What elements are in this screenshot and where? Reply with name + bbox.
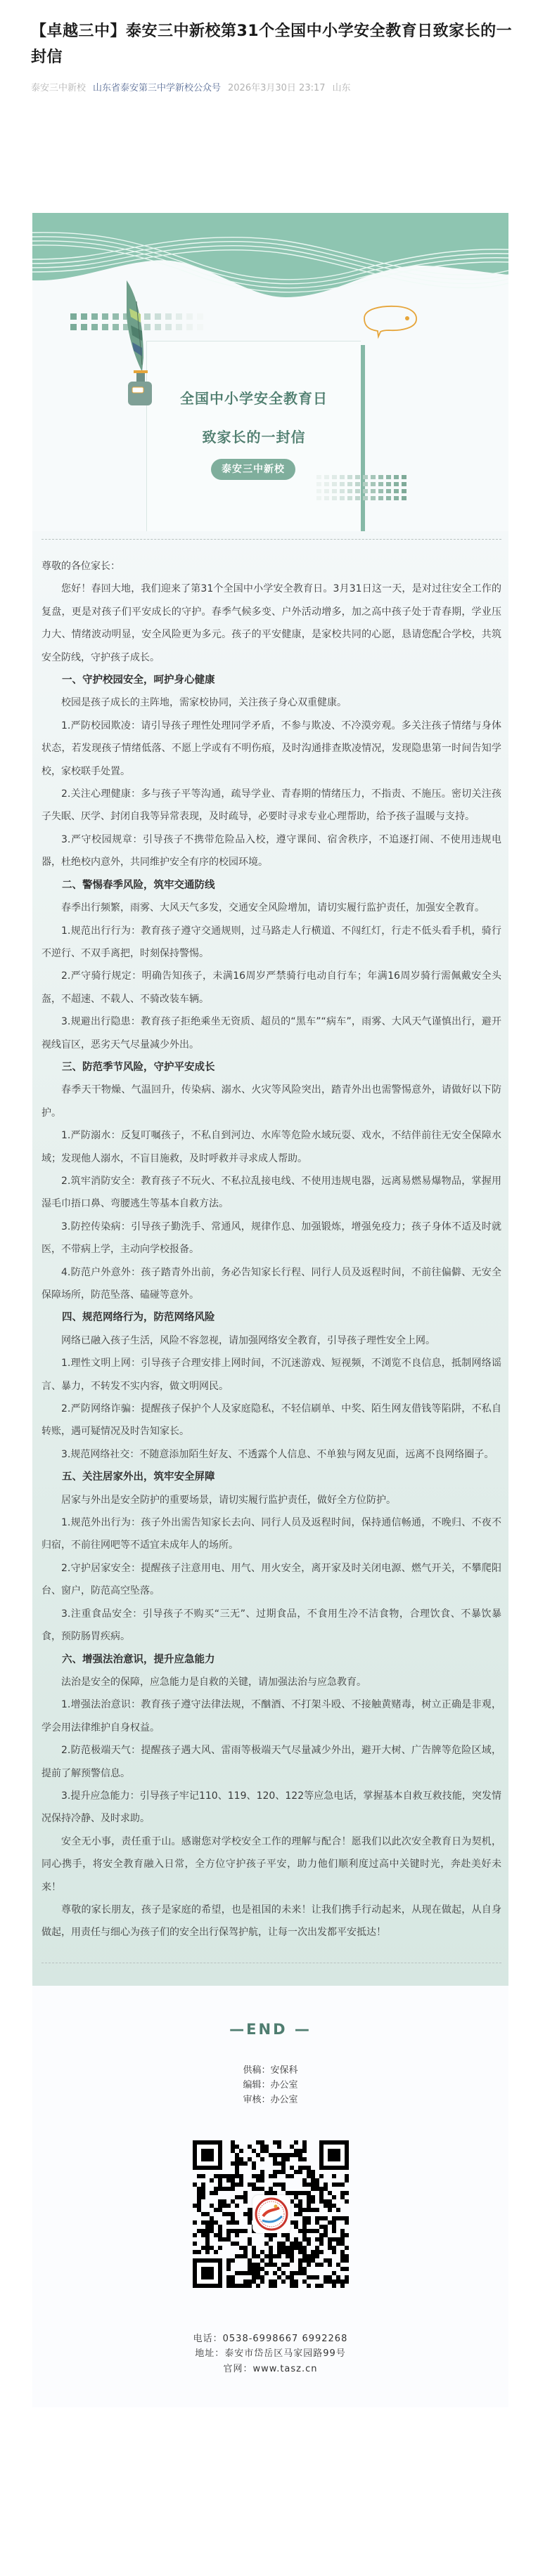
- speech-bubble-icon: [357, 303, 421, 345]
- letter-paragraph: 尊敬的家长朋友，孩子是家庭的希望，也是祖国的未来！让我们携手行动起来，从现在做起…: [41, 1899, 501, 1944]
- letter-paragraph: 1.理性文明上网：引导孩子合理安排上网时间，不沉迷游戏、短视频，不浏览不良信息，…: [41, 1352, 501, 1398]
- section-heading: 四、规范网络行为，防范网络风险: [41, 1306, 501, 1329]
- publish-datetime: 2026年3月30日 23:17: [228, 80, 326, 93]
- hero-banner: 全国中小学安全教育日 致家长的一封信 泰安三中新校: [32, 213, 508, 531]
- credits: 供稿：安保科 编辑：办公室 审核：办公室: [32, 2063, 508, 2107]
- letter-greeting: 尊敬的各位家长：: [41, 555, 501, 578]
- letter-paragraph: 3.规范网络社交：不随意添加陌生好友、不透露个人信息、不单独与网友见面，远离不良…: [41, 1443, 501, 1466]
- letter-paragraph: 1.规范出行行为：教育孩子遵守交通规则，过马路走人行横道、不闯红灯，行走不低头看…: [41, 920, 501, 965]
- article-title: 【卓越三中】泰安三中新校第31个全国中小学安全教育日致家长的一封信: [31, 18, 526, 70]
- letter-paragraph: 2.筑牢消防安全：教育孩子不玩火、不私拉乱接电线、不使用违规电器，远离易燃易爆物…: [41, 1170, 501, 1216]
- location: 山东: [333, 80, 351, 93]
- letter-paragraph: 1.规范外出行为：孩子外出需告知家长去向、同行人员及返程时间，保持通信畅通，不晚…: [41, 1511, 501, 1557]
- title-card: 全国中小学安全教育日 致家长的一封信 泰安三中新校: [146, 341, 361, 531]
- section-heading: 一、守护校园安全，呵护身心健康: [41, 669, 501, 691]
- letter-paragraph: 3.规避出行隐患：教育孩子拒绝乘坐无资质、超员的“黑车”“病车”，雨雾、大风天气…: [41, 1010, 501, 1056]
- letter-paragraph: 3.严守校园规章：引导孩子不携带危险品入校，遵守课间、宿舍秩序，不追逐打闹、不使…: [41, 828, 501, 874]
- letter-section: 尊敬的各位家长：您好！春回大地，我们迎来了第31个全国中小学安全教育日。3月31…: [32, 531, 508, 1986]
- section-heading: 三、防范季节风险，守护平安成长: [41, 1056, 501, 1079]
- section-heading: 二、警惕春季风险，筑牢交通防线: [41, 874, 501, 897]
- quill-inkwell-icon: [122, 280, 154, 407]
- letter-body: 尊敬的各位家长：您好！春回大地，我们迎来了第31个全国中小学安全教育日。3月31…: [41, 540, 501, 1963]
- letter-paragraph: 2.关注心理健康：多与孩子平等沟通，疏导学业、青春期的情绪压力，不指责、不施压。…: [41, 783, 501, 828]
- letter-paragraph: 2.守护居家安全：提醒孩子注意用电、用气、用火安全，离开家及时关闭电源、燃气开关…: [41, 1557, 501, 1603]
- letter-paragraph: 1.增强法治意识：教育孩子遵守法律法规，不酗酒、不打架斗殴、不接触黄赌毒，树立正…: [41, 1693, 501, 1739]
- dot-pattern-decoration: [316, 475, 406, 500]
- end-mark: —END —: [32, 2021, 508, 2038]
- hero-title-line2: 致家长的一封信: [147, 426, 361, 446]
- section-heading: 五、关注居家外出，筑牢安全屏障: [41, 1466, 501, 1488]
- qr-code[interactable]: [175, 2126, 366, 2302]
- letter-paragraph: 春季出行频繁，雨雾、大风天气多发，交通安全风险增加，请切实履行监护责任，加强安全…: [41, 897, 501, 919]
- letter-paragraph: 1.严防溺水：反复叮嘱孩子，不私自到河边、水库等危险水域玩耍、戏水，不结伴前往无…: [41, 1124, 501, 1170]
- letter-paragraph: 3.提升应急能力：引导孩子牢记110、119、120、122等应急电话，掌握基本…: [41, 1785, 501, 1830]
- contact-website[interactable]: 官网：www.tasz.cn: [32, 2362, 508, 2377]
- article-meta: 泰安三中新校 山东省泰安第三中学新校公众号 2026年3月30日 23:17 山…: [31, 80, 526, 93]
- account-link[interactable]: 山东省泰安第三中学新校公众号: [93, 80, 221, 93]
- hero-title-line1: 全国中小学安全教育日: [147, 387, 361, 408]
- letter-paragraph: 2.严防网络诈骗：提醒孩子保护个人及家庭隐私，不轻信刷单、中奖、陌生网友借钱等陷…: [41, 1398, 501, 1443]
- letter-paragraph: 春季天干物燥、气温回升，传染病、溺水、火灾等风险突出，踏青外出也需警惕意外，请做…: [41, 1079, 501, 1124]
- article-footer: —END — 供稿：安保科 编辑：办公室 审核：办公室 电话：0538-6998…: [32, 1986, 508, 2407]
- credit-editor: 编辑：办公室: [32, 2078, 508, 2093]
- section-heading: 六、增强法治意识，提升应急能力: [41, 1648, 501, 1671]
- letter-paragraph: 安全无小事，责任重于山。感谢您对学校安全工作的理解与配合！愿我们以此次安全教育日…: [41, 1830, 501, 1899]
- letter-paragraph: 2.防范极端天气：提醒孩子遇大风、雷雨等极端天气尽量减少外出，避开大树、广告牌等…: [41, 1739, 501, 1785]
- letter-paragraph: 4.防范户外意外：孩子踏青外出前，务必告知家长行程、同行人员及返程时间，不前往偏…: [41, 1261, 501, 1307]
- letter-paragraph: 法治是安全的保障，应急能力是自救的关键，请加强法治与应急教育。: [41, 1671, 501, 1693]
- contact-phone: 电话：0538-6998667 6992268: [32, 2331, 508, 2347]
- letter-paragraph: 您好！春回大地，我们迎来了第31个全国中小学安全教育日。3月31日这一天，是对过…: [41, 578, 501, 669]
- contact-info: 电话：0538-6998667 6992268 地址：泰安市岱岳区马家园路99号…: [32, 2331, 508, 2377]
- divider: [41, 1963, 501, 1963]
- letter-paragraph: 居家与外出是安全防护的重要场景，请切实履行监护责任，做好全方位防护。: [41, 1489, 501, 1511]
- letter-paragraph: 校园是孩子成长的主阵地，需家校协同，关注孩子身心双重健康。: [41, 691, 501, 714]
- school-badge: 泰安三中新校: [211, 459, 295, 480]
- letter-paragraph: 3.注重食品安全：引导孩子不购买“三无”、过期食品，不食用生冷不洁食物，合理饮食…: [41, 1603, 501, 1648]
- credit-reviewer: 审核：办公室: [32, 2093, 508, 2107]
- letter-paragraph: 3.防控传染病：引导孩子勤洗手、常通风，规律作息、加强锻炼，增强免疫力；孩子身体…: [41, 1216, 501, 1261]
- letter-paragraph: 1.严防校园欺凌：请引导孩子理性处理同学矛盾，不参与欺凌、不冷漠旁观。多关注孩子…: [41, 715, 501, 783]
- article-content: 全国中小学安全教育日 致家长的一封信 泰安三中新校 尊敬的各位家长：您好！春回大…: [32, 213, 508, 2407]
- article-header: 【卓越三中】泰安三中新校第31个全国中小学安全教育日致家长的一封信 泰安三中新校…: [0, 0, 557, 93]
- wave-decoration-icon: [32, 213, 508, 304]
- contact-address: 地址：泰安市岱岳区马家园路99号: [32, 2346, 508, 2362]
- letter-paragraph: 2.严守骑行规定：明确告知孩子，未满16周岁严禁骑行电动自行车；年满16周岁骑行…: [41, 965, 501, 1010]
- school-logo-icon: [252, 2195, 290, 2233]
- letter-paragraph: 网络已融入孩子生活，风险不容忽视，请加强网络安全教育，引导孩子理性安全上网。: [41, 1329, 501, 1352]
- credit-contributor: 供稿：安保科: [32, 2063, 508, 2078]
- author: 泰安三中新校: [31, 80, 86, 93]
